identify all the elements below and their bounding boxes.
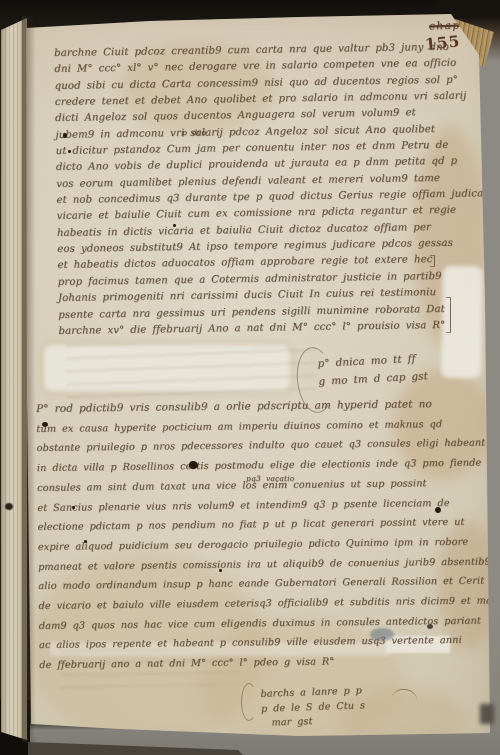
ink-bleed-through (66, 340, 317, 402)
manuscript-line: de ffebruarij ano a nat dni M° ccc° l° p… (39, 651, 499, 676)
interlinear-note: p dco (182, 128, 206, 137)
wormhole (63, 133, 67, 138)
paragraph-2: P° rod pdictib9 vris consulib9 a orlie p… (36, 394, 499, 675)
manuscript-page: chap 155 barchne Ciuit pdcoz creantib9 c… (0, 0, 500, 755)
wormhole (72, 506, 75, 509)
margin-bracket (446, 297, 451, 333)
interlinear-note: pq3 vacatio (246, 474, 294, 483)
gutter-shadow (22, 16, 38, 742)
signature-arc (241, 683, 257, 721)
chancery-note: p° dnica mo tt ff g mo tm d cap gst (317, 350, 428, 391)
paragraph-1: barchne Ciuit pdcoz creantib9 cum carta … (54, 39, 496, 340)
ink-blot (427, 624, 433, 629)
wormhole (84, 540, 87, 543)
manuscript-photo: chap 155 barchne Ciuit pdcoz creantib9 c… (0, 0, 500, 755)
ink-blot (42, 422, 48, 427)
wormhole (219, 569, 222, 572)
wormhole (5, 503, 13, 510)
wormhole (68, 150, 71, 153)
gray-smudge (370, 628, 394, 641)
ink-blot (435, 507, 441, 513)
ink-blot (189, 461, 198, 469)
margin-bracket (430, 255, 435, 267)
edge-shadow-notch (480, 704, 494, 724)
registration-signature: barchs a lanre p p p de le S de Ctu s ma… (260, 684, 365, 731)
wormhole (173, 224, 176, 227)
